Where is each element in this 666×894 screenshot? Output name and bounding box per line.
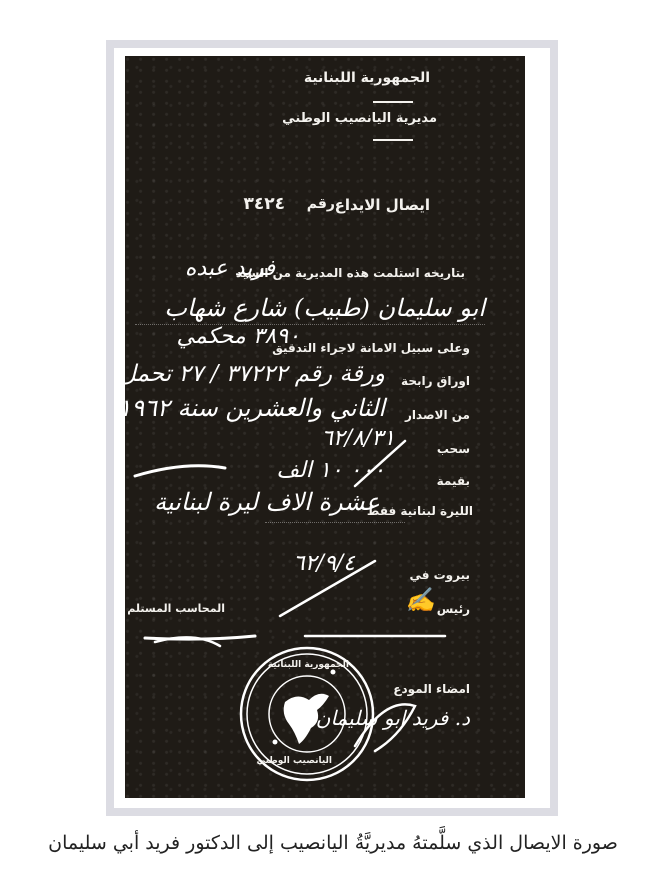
footer-accountant-label: المحاسب المستلم <box>127 602 225 615</box>
head-signature: ✍ <box>405 586 435 614</box>
handwritten-place-date: ٦٢/٩/٤ <box>293 551 355 576</box>
footer-head-label: رئيس <box>437 602 470 616</box>
stamp-top-text: الجمهورية اللبنانية <box>268 660 349 670</box>
receipt-document: الجمهورية اللبنانية مديرية اليانصيب الوط… <box>125 56 525 798</box>
footer-signature-label: امضاء المودع <box>393 682 470 696</box>
official-stamp: الجمهورية اللبنانية اليانصيب الوطني <box>237 644 377 784</box>
footer-place-label: بيروت في <box>409 568 470 582</box>
photo-caption: صورة الايصال الذي سلَّمتهُ مديريَّةُ الي… <box>0 832 666 854</box>
stamp-bottom-text: اليانصيب الوطني <box>257 756 332 766</box>
